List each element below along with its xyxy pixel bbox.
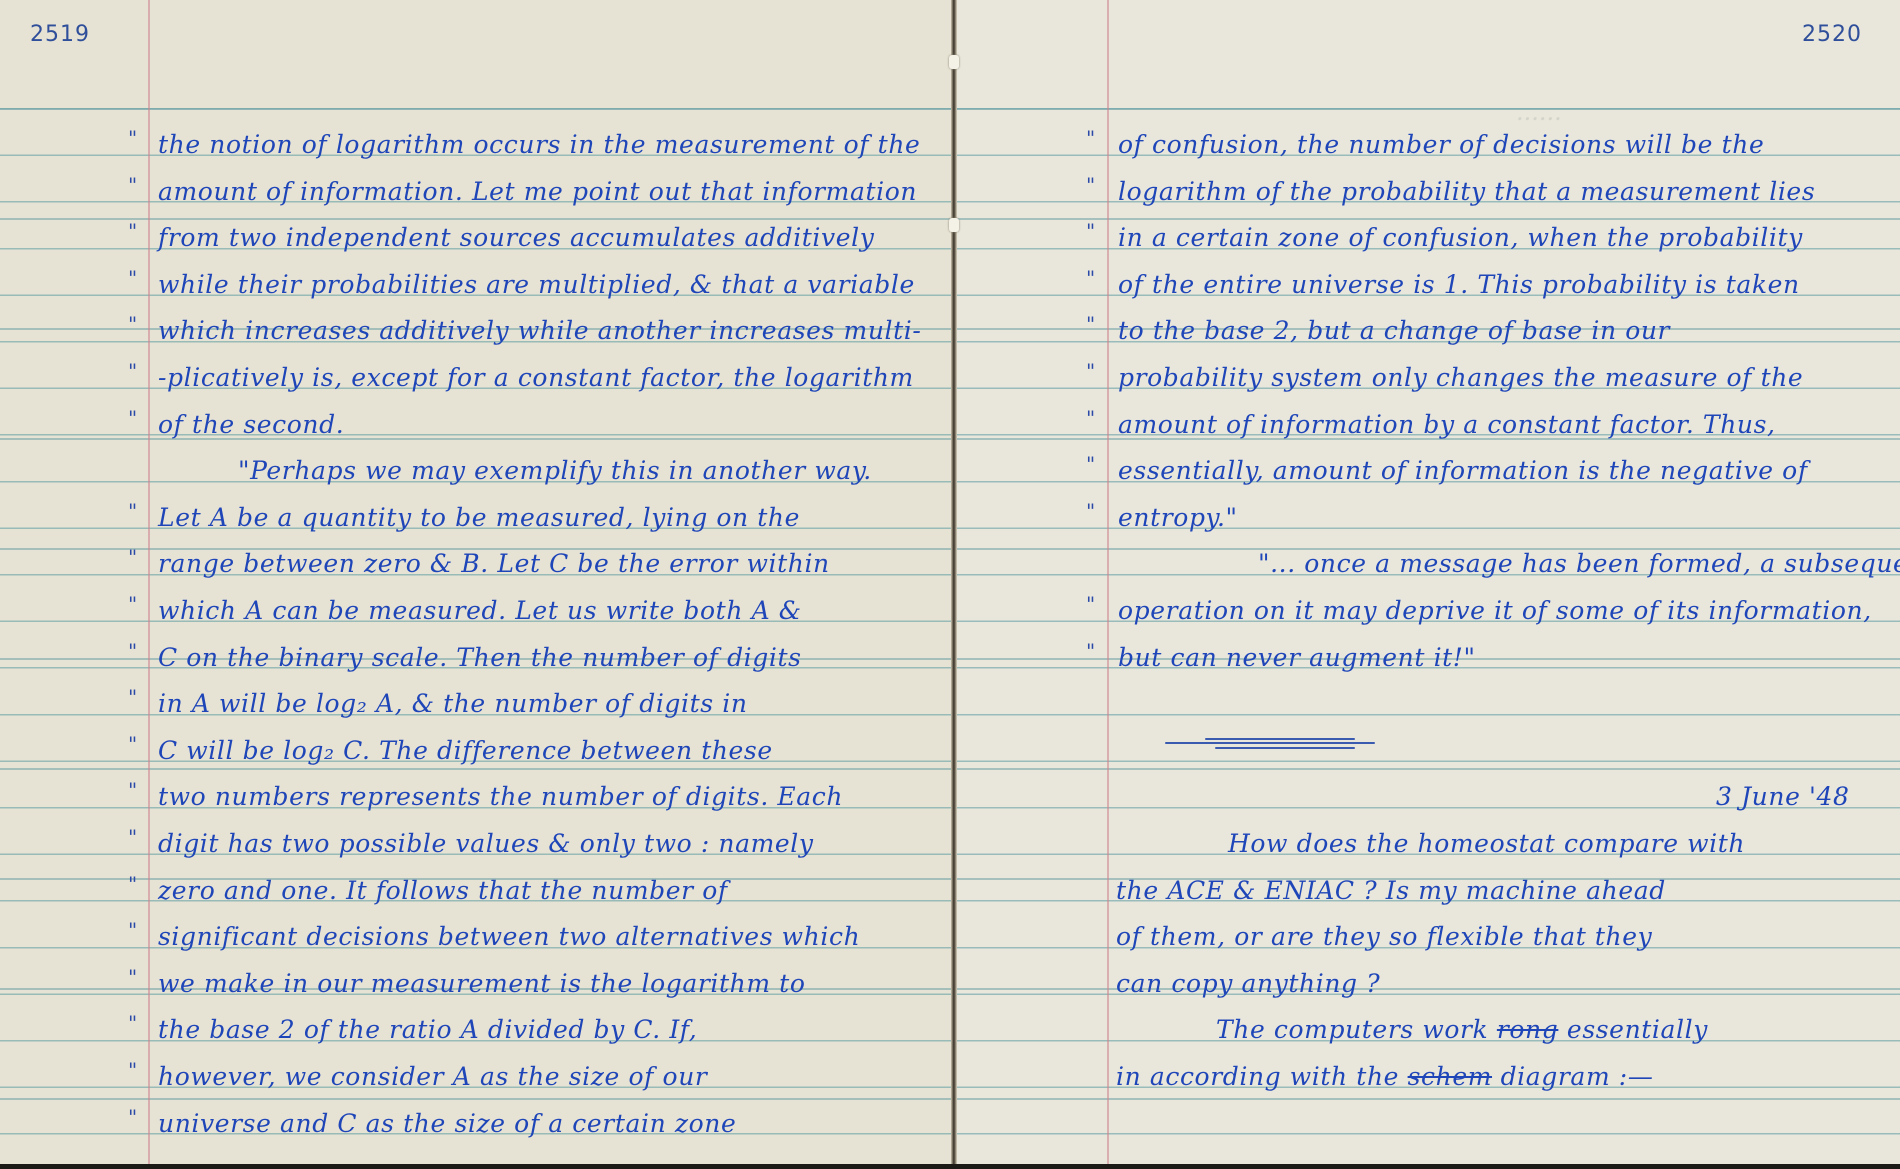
ditto-mark: " — [128, 126, 137, 150]
handwritten-line: while their probabilities are multiplied… — [158, 270, 915, 299]
ditto-mark: " — [128, 312, 137, 336]
ditto-mark: " — [1086, 359, 1095, 383]
handwritten-line: in A will be log₂ A, & the number of dig… — [158, 689, 748, 718]
ditto-mark: " — [128, 918, 137, 942]
ruled-lines — [956, 108, 1900, 1164]
handwritten-line: C on the binary scale. Then the number o… — [158, 643, 802, 672]
ditto-mark: " — [1086, 452, 1095, 476]
struck-word: schem — [1408, 1062, 1492, 1091]
ditto-mark: " — [1086, 406, 1095, 430]
handwritten-line: in a certain zone of confusion, when the… — [1118, 223, 1803, 252]
ditto-mark: " — [128, 1058, 137, 1082]
handwritten-line: universe and C as the size of a certain … — [158, 1109, 736, 1138]
handwritten-line: zero and one. It follows that the number… — [158, 876, 728, 905]
entry-line: of them, or are they so flexible that th… — [1116, 922, 1652, 951]
handwritten-line: from two independent sources accumulates… — [158, 223, 874, 252]
entry-line: the ACE & ENIAC ? Is my machine ahead — [1116, 876, 1666, 905]
entry-line: in according with the schem diagram :— — [1116, 1062, 1653, 1091]
page-number: 2520 — [1802, 22, 1862, 47]
handwritten-line: -plicatively is, except for a constant f… — [158, 363, 914, 392]
ditto-mark: " — [128, 359, 137, 383]
entry-date: 3 June '48 — [1716, 782, 1850, 811]
entry-line: How does the homeostat compare with — [1228, 829, 1745, 858]
ditto-mark: " — [1086, 312, 1095, 336]
handwritten-line: C will be log₂ C. The difference between… — [158, 736, 773, 765]
ditto-mark: " — [128, 872, 137, 896]
bleed-through-text: ...... — [1516, 98, 1562, 126]
margin-line — [148, 0, 150, 1164]
ditto-mark: " — [128, 965, 137, 989]
handwritten-line: to the base 2, but a change of base in o… — [1118, 316, 1670, 345]
handwritten-line: the base 2 of the ratio A divided by C. … — [158, 1015, 697, 1044]
handwritten-line: entropy." — [1118, 503, 1238, 532]
struck-word: rong — [1497, 1015, 1559, 1044]
ditto-mark: " — [128, 1105, 137, 1129]
handwritten-line: of confusion, the number of decisions wi… — [1118, 130, 1764, 159]
handwritten-line: significant decisions between two altern… — [158, 922, 860, 951]
handwritten-line: which A can be measured. Let us write bo… — [158, 596, 802, 625]
staple-hole — [949, 218, 959, 232]
ditto-mark: " — [1086, 219, 1095, 243]
ditto-mark: " — [1086, 499, 1095, 523]
right-page: 2520 ...... "of confusion, the number of… — [956, 0, 1900, 1164]
entry-line: The computers work rong essentially — [1216, 1015, 1708, 1044]
ditto-mark: " — [128, 406, 137, 430]
ditto-mark: " — [1086, 173, 1095, 197]
ditto-mark: " — [128, 219, 137, 243]
handwritten-line: digit has two possible values & only two… — [158, 829, 814, 858]
staple-hole — [949, 55, 959, 69]
handwritten-line: range between zero & B. Let C be the err… — [158, 549, 830, 578]
ditto-mark: " — [1086, 592, 1095, 616]
ditto-mark: " — [128, 639, 137, 663]
ditto-mark: " — [128, 685, 137, 709]
ditto-mark: " — [1086, 639, 1095, 663]
notebook-spine — [951, 0, 957, 1164]
handwritten-line: "... once a message has been formed, a s… — [1258, 549, 1900, 578]
page-number: 2519 — [30, 22, 90, 47]
handwritten-line: of the second. — [158, 410, 344, 439]
handwritten-line: operation on it may deprive it of some o… — [1118, 596, 1872, 625]
handwritten-line: but can never augment it!" — [1118, 643, 1476, 672]
handwritten-line: the notion of logarithm occurs in the me… — [158, 130, 920, 159]
handwritten-line: amount of information by a constant fact… — [1118, 410, 1776, 439]
handwritten-line: probability system only changes the meas… — [1118, 363, 1803, 392]
handwritten-line: Let A be a quantity to be measured, lyin… — [158, 503, 800, 532]
handwritten-line: two numbers represents the number of dig… — [158, 782, 843, 811]
ruled-lines — [0, 108, 953, 1164]
notebook-spread: 2519 "the notion of logarithm occurs in … — [0, 0, 1900, 1164]
ditto-mark: " — [1086, 266, 1095, 290]
entry-line: can copy anything ? — [1116, 969, 1380, 998]
ditto-mark: " — [128, 732, 137, 756]
ditto-mark: " — [128, 545, 137, 569]
handwritten-line: "Perhaps we may exemplify this in anothe… — [238, 456, 872, 485]
left-page: 2519 "the notion of logarithm occurs in … — [0, 0, 953, 1164]
ditto-mark: " — [128, 825, 137, 849]
handwritten-line: logarithm of the probability that a meas… — [1118, 177, 1815, 206]
bottom-edge — [0, 1164, 1900, 1169]
ditto-mark: " — [128, 499, 137, 523]
ditto-mark: " — [1086, 126, 1095, 150]
section-divider — [1165, 738, 1345, 748]
handwritten-line: which increases additively while another… — [158, 316, 921, 345]
handwritten-line: we make in our measurement is the logari… — [158, 969, 805, 998]
ditto-mark: " — [128, 266, 137, 290]
ditto-mark: " — [128, 592, 137, 616]
ditto-mark: " — [128, 1011, 137, 1035]
handwritten-line: essentially, amount of information is th… — [1118, 456, 1808, 485]
handwritten-line: however, we consider A as the size of ou… — [158, 1062, 707, 1091]
ditto-mark: " — [128, 173, 137, 197]
handwritten-line: of the entire universe is 1. This probab… — [1118, 270, 1800, 299]
margin-line — [1107, 0, 1109, 1164]
handwritten-line: amount of information. Let me point out … — [158, 177, 917, 206]
ditto-mark: " — [128, 778, 137, 802]
